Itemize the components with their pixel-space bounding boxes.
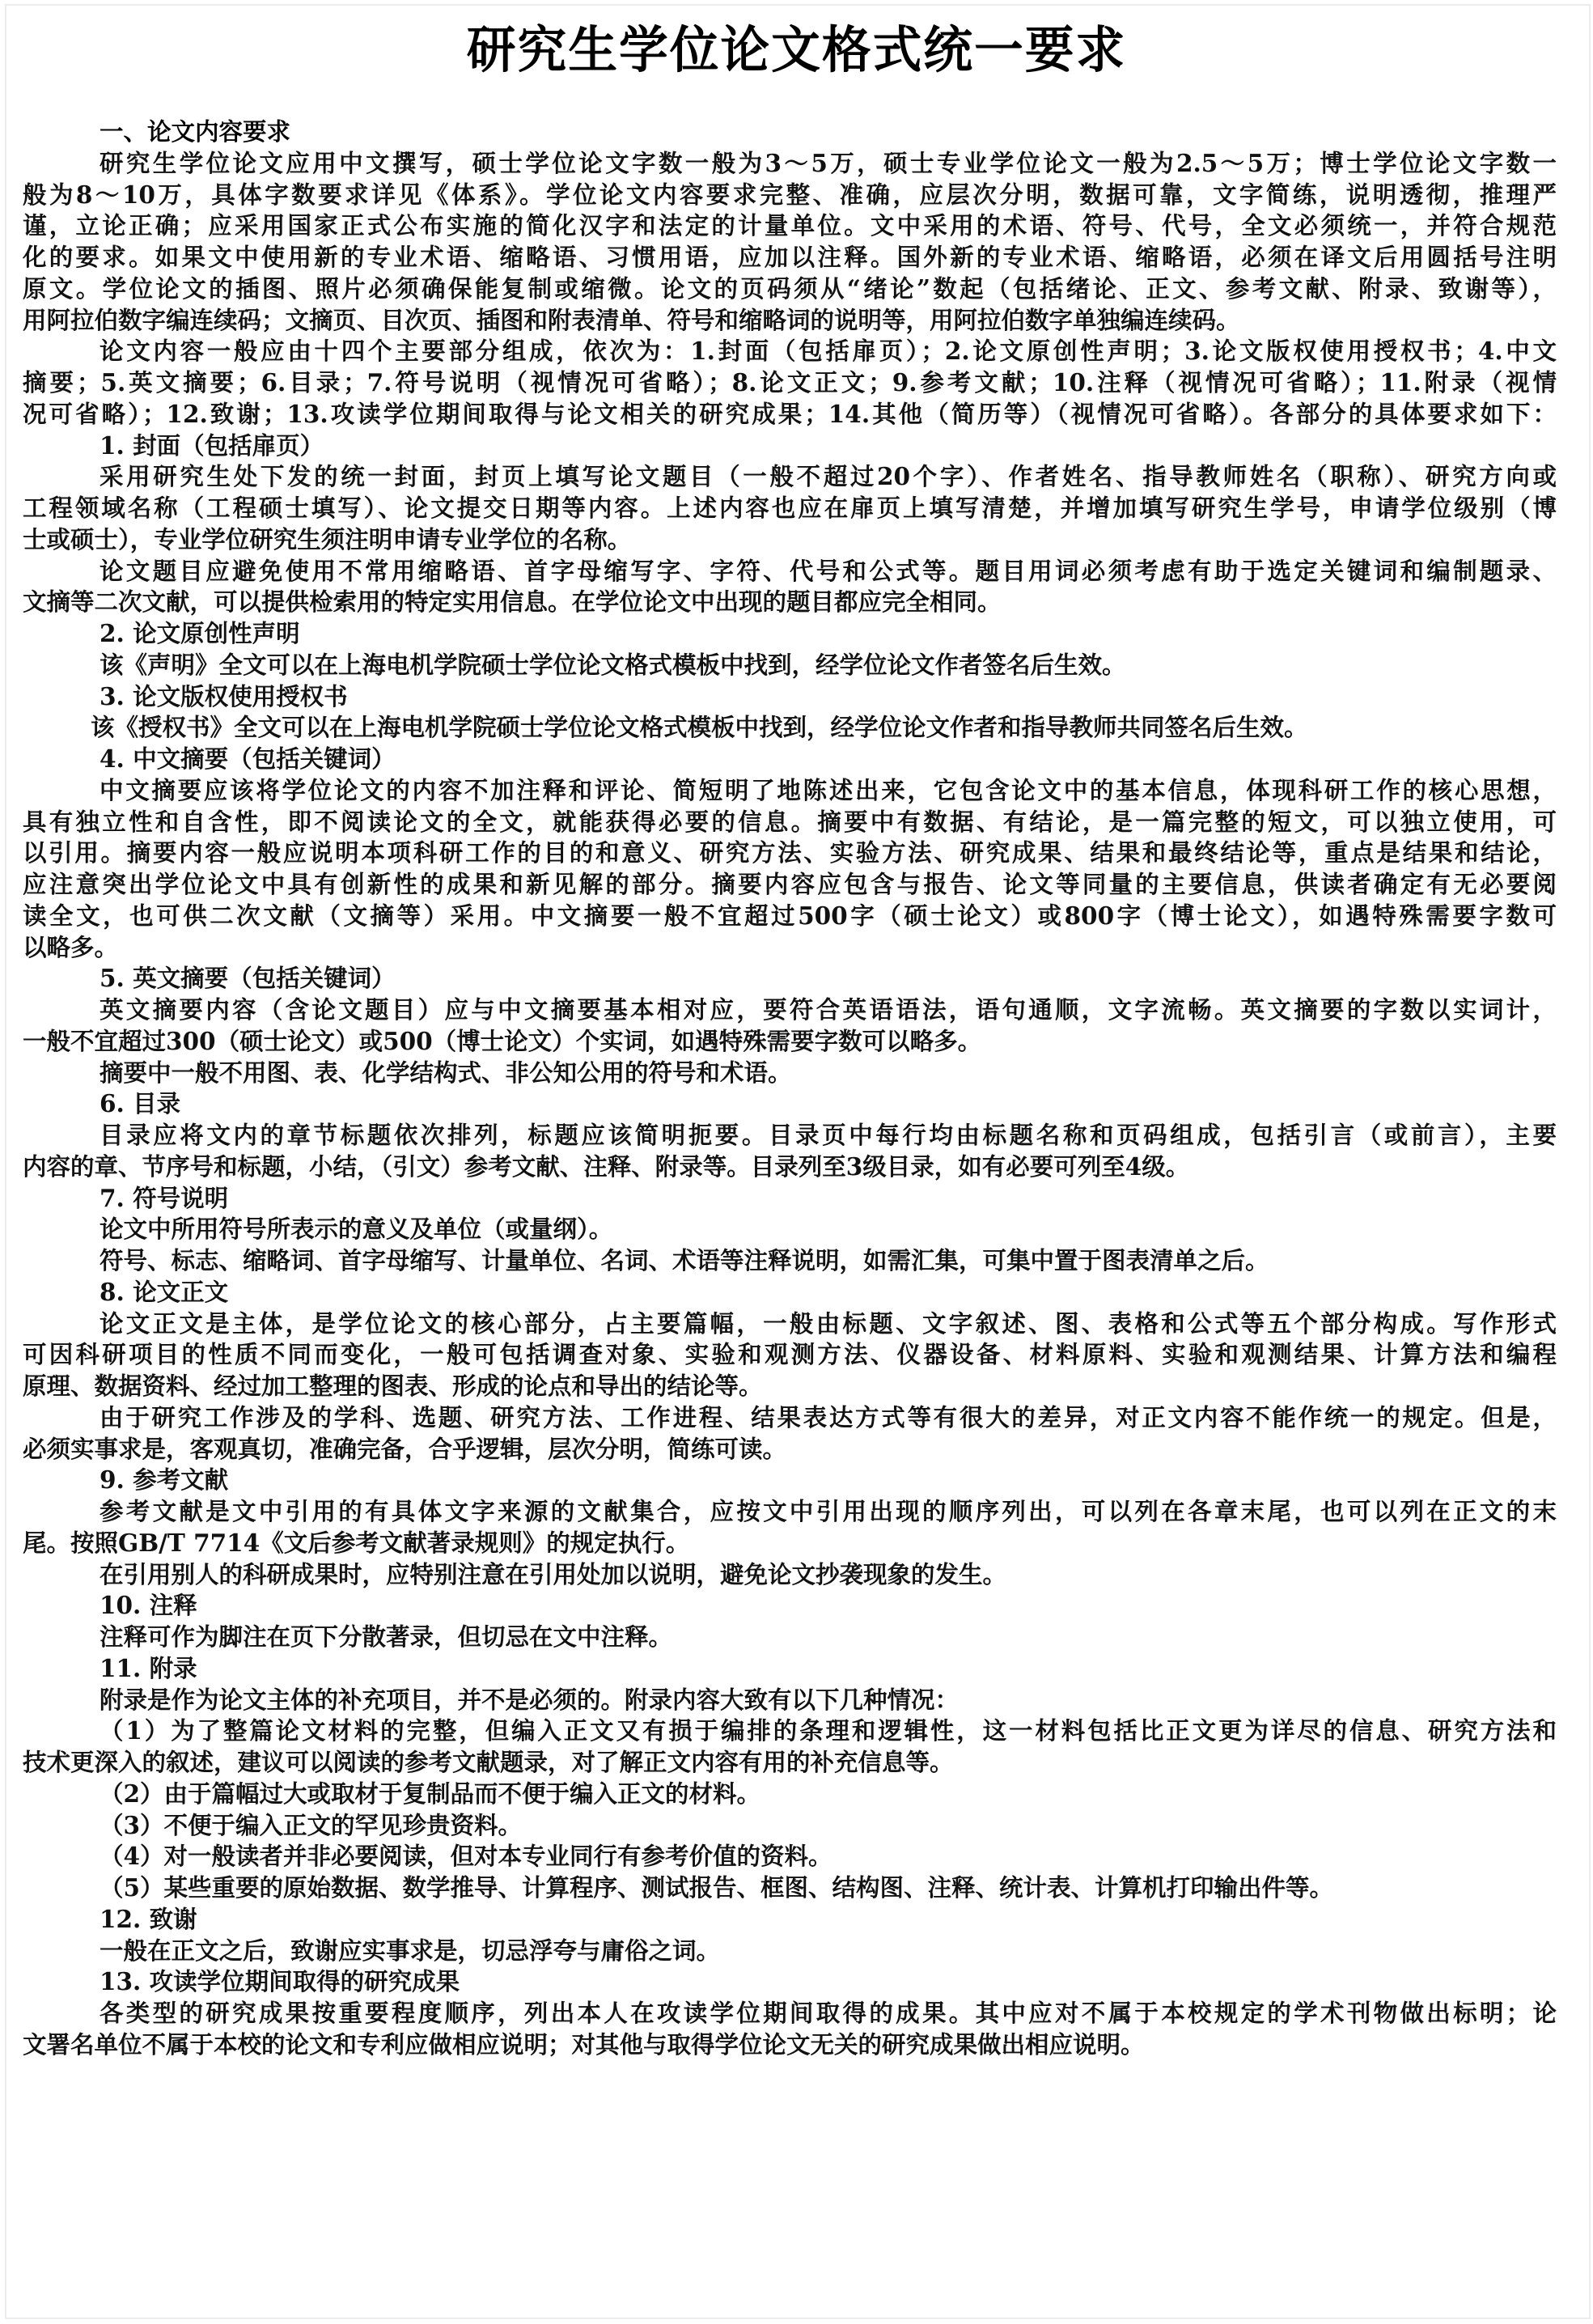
- paragraph-line: 应注意突出学位论文中具有创新性的成果和新见解的部分。摘要内容应包含与报告、论文等…: [23, 869, 1557, 900]
- paragraph-line: 技术更深入的叙述，建议可以阅读的参考文献题录，对了解正文内容有用的补充信息等。: [23, 1747, 954, 1778]
- paragraph-line: 论文正文是主体，是学位论文的核心部分，占主要篇幅，一般由标题、文字叙述、图、表格…: [100, 1308, 1557, 1339]
- paragraph-line: 摘要；5.英文摘要；6.目录；7.符号说明（视情况可省略）；8.论文正文；9.参…: [23, 367, 1557, 398]
- subsection-heading: 6. 目录: [100, 1088, 180, 1119]
- paragraph-line: 以引用。摘要内容一般应说明本项科研工作的目的和意义、研究方法、实验方法、研究成果…: [23, 838, 1557, 868]
- paragraph-line: 况可省略）；12.致谢；13.攻读学位期间取得与论文相关的研究成果；14.其他（…: [23, 399, 1557, 430]
- paragraph-line: 采用研究生处下发的统一封面，封页上填写论文题目（一般不超过20个字）、作者姓名、…: [100, 461, 1557, 492]
- section-heading: 一、论文内容要求: [100, 117, 290, 147]
- subsection-heading: 11. 附录: [100, 1653, 197, 1684]
- paragraph-line: 中文摘要应该将学位论文的内容不加注释和评论、简短明了地陈述出来，它包含论文中的基…: [100, 775, 1557, 806]
- subsection-heading: 7. 符号说明: [100, 1183, 228, 1214]
- subsection-heading: 3. 论文版权使用授权书: [100, 681, 348, 712]
- paragraph-line: （5）某些重要的原始数据、数学推导、计算程序、测试报告、框图、结构图、注释、统计…: [100, 1872, 1333, 1903]
- paragraph-line: 谨，立论正确；应采用国家正式公布实施的简化汉字和法定的计量单位。文中采用的术语、…: [23, 210, 1557, 241]
- paragraph-line: 化的要求。如果文中使用新的专业术语、缩略语、习惯用语，应加以注释。国外新的专业术…: [23, 242, 1557, 273]
- paragraph-line: （4）对一般读者并非必要阅读，但对本专业同行有参考价值的资料。: [100, 1841, 833, 1872]
- paragraph-line: 一般不宜超过300（硕士论文）或500（博士论文）个实词，如遇特殊需要字数可以略…: [23, 1026, 981, 1057]
- paragraph-line: 论文题目应避免使用不常用缩略语、首字母缩写字、字符、代号和公式等。题目用词必须考…: [100, 556, 1557, 587]
- paragraph-line: 可因科研项目的性质不同而变化，一般可包括调查对象、实验和观测方法、仪器设备、材料…: [23, 1339, 1557, 1370]
- paragraph-line: 以略多。: [23, 932, 118, 963]
- paragraph-line: 文署名单位不属于本校的论文和专利应做相应说明；对其他与取得学位论文无关的研究成果…: [23, 2029, 1145, 2060]
- paragraph-line: 各类型的研究成果按重要程度顺序，列出本人在攻读学位期间取得的成果。其中应对不属于…: [100, 1998, 1557, 2029]
- paragraph-line: 原文。学位论文的插图、照片必须确保能复制或缩微。论文的页码须从“绪论”数起（包括…: [23, 274, 1557, 304]
- paragraph-line: 内容的章、节序号和标题，小结，（引文）参考文献、注释、附录等。目录列至3级目录，…: [23, 1151, 1189, 1182]
- paragraph-line: 该《声明》全文可以在上海电机学院硕士学位论文格式模板中找到，经学位论文作者签名后…: [100, 650, 1126, 681]
- paragraph-line: （3）不便于编入正文的罕见珍贵资料。: [100, 1810, 522, 1841]
- paragraph-line: 目录应将文内的章节标题依次排列，标题应该简明扼要。目录页中每行均由标题名称和页码…: [100, 1120, 1557, 1151]
- subsection-heading: 9. 参考文献: [100, 1465, 228, 1495]
- paragraph-line: （2）由于篇幅过大或取材于复制品而不便于编入正文的材料。: [100, 1779, 760, 1809]
- paragraph-line: 英文摘要内容（含论文题目）应与中文摘要基本相对应，要符合英语语法，语句通顺，文字…: [100, 994, 1557, 1025]
- paragraph-line: 原理、数据资料、经过加工整理的图表、形成的论点和导出的结论等。: [23, 1371, 763, 1402]
- subsection-heading: 5. 英文摘要（包括关键词）: [100, 963, 396, 994]
- paragraph-line: 该《授权书》全文可以在上海电机学院硕士学位论文格式模板中找到，经学位论文作者和指…: [91, 712, 1308, 743]
- paragraph-line: 用阿拉伯数字编连续码；文摘页、目次页、插图和附表清单、符号和缩略词的说明等，用阿…: [23, 305, 1240, 336]
- paragraph-line: 工程领域名称（工程硕士填写）、论文提交日期等内容。上述内容也应在扉页上填写清楚，…: [23, 493, 1557, 524]
- subsection-heading: 12. 致谢: [100, 1904, 197, 1935]
- subsection-heading: 1. 封面（包括扉页）: [100, 430, 324, 461]
- paragraph-line: 文摘等二次文献，可以提供检索用的特定实用信息。在学位论文中出现的题目都应完全相同…: [23, 587, 1002, 617]
- paragraph-line: 符号、标志、缩略词、首字母缩写、计量单位、名词、术语等注释说明，如需汇集，可集中…: [100, 1245, 1269, 1276]
- subsection-heading: 13. 攻读学位期间取得的研究成果: [100, 1966, 460, 1997]
- paragraph-line: 士或硕士），专业学位研究生须注明申请专业学位的名称。: [23, 524, 631, 555]
- paragraph-line: 论文内容一般应由十四个主要部分组成，依次为：1.封面（包括扉页）；2.论文原创性…: [100, 336, 1557, 367]
- paragraph-line: 具有独立性和自含性，即不阅读论文的全文，就能获得必要的信息。摘要中有数据、有结论…: [23, 807, 1557, 838]
- paragraph-line: 一般在正文之后，致谢应实事求是，切忌浮夸与庸俗之词。: [100, 1936, 720, 1966]
- paragraph-line: 附录是作为论文主体的补充项目，并不是必须的。附录内容大致有以下几种情况：: [100, 1685, 959, 1715]
- subsection-heading: 8. 论文正文: [100, 1277, 228, 1308]
- paragraph-line: 研究生学位论文应用中文撰写，硕士学位论文字数一般为3～5万，硕士专业学位论文一般…: [100, 148, 1557, 179]
- paragraph-line: 论文中所用符号所表示的意义及单位（或量纲）。: [100, 1214, 612, 1245]
- paragraph-line: 在引用别人的科研成果时，应特别注意在引用处加以说明，避免论文抄袭现象的发生。: [100, 1559, 1006, 1590]
- paragraph-line: 尾。按照GB/T 7714《文后参考文献著录规则》的规定执行。: [23, 1528, 689, 1559]
- subsection-heading: 10. 注释: [100, 1590, 197, 1621]
- paragraph-line: 读全文，也可供二次文献（文摘等）采用。中文摘要一般不宜超过500字（硕士论文）或…: [23, 901, 1557, 931]
- paragraph-line: 参考文献是文中引用的有具体文字来源的文献集合，应按文中引用出现的顺序列出，可以列…: [100, 1496, 1557, 1527]
- paragraph-line: 必须实事求是，客观真切，准确完备，合乎逻辑，层次分明，简练可读。: [23, 1434, 786, 1465]
- paragraph-line: 由于研究工作涉及的学科、选题、研究方法、工作进程、结果表达方式等有很大的差异，对…: [100, 1402, 1557, 1433]
- paragraph-line: 摘要中一般不用图、表、化学结构式、非公知公用的符号和术语。: [100, 1058, 792, 1088]
- paragraph-line: 注释可作为脚注在页下分散著录，但切忌在文中注释。: [100, 1622, 672, 1652]
- paragraph-line: 般为8～10万，具体字数要求详见《体系》。学位论文内容要求完整、准确，应层次分明…: [23, 180, 1557, 210]
- subsection-heading: 2. 论文原创性声明: [100, 618, 300, 649]
- paragraph-line: （1）为了整篇论文材料的完整，但编入正文又有损于编排的条理和逻辑性，这一材料包括…: [100, 1715, 1557, 1746]
- subsection-heading: 4. 中文摘要（包括关键词）: [100, 744, 396, 774]
- document-title: 研究生学位论文格式统一要求: [16, 21, 1578, 79]
